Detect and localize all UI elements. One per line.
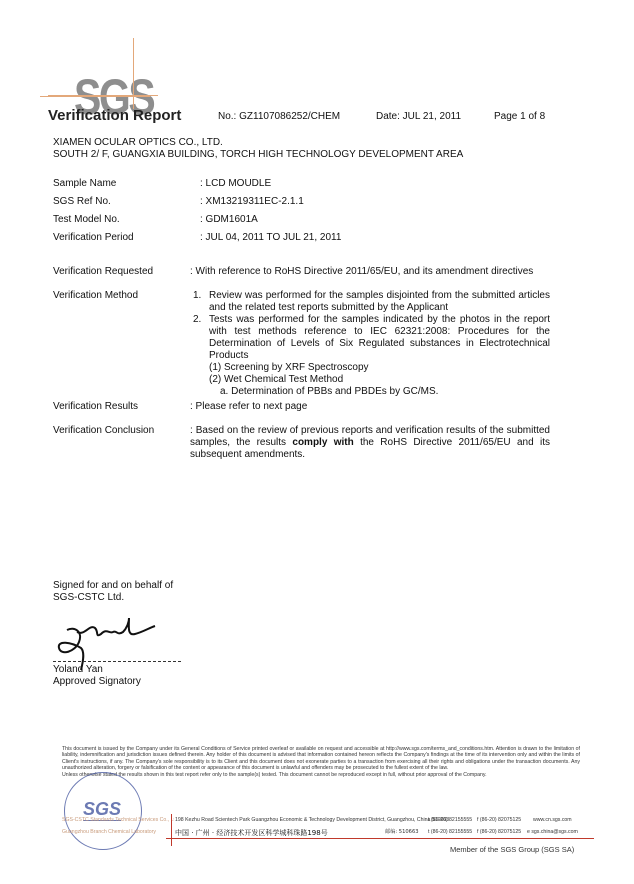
client-address: SOUTH 2/ F, GUANGXIA BUILDING, TORCH HIG… — [53, 149, 463, 161]
footer-phone2: t (86-20) 82155555 — [428, 829, 472, 835]
method-text: Review was performed for the samples dis… — [209, 290, 550, 314]
method-sub: (1) Screening by XRF Spectroscopy — [193, 362, 550, 374]
footer-email[interactable]: e sgs.china@sgs.com — [527, 829, 578, 835]
signatory-name: Yoland Yan — [53, 664, 103, 676]
method-list: 1. Review was performed for the samples … — [193, 290, 550, 398]
footer-red-line — [166, 838, 594, 839]
field-value: : JUL 04, 2011 TO JUL 21, 2011 — [200, 232, 341, 243]
method-sub: (2) Wet Chemical Test Method — [193, 374, 550, 386]
report-number: No.: GZ1107086252/CHEM — [218, 111, 340, 123]
conclusion-label: Verification Conclusion — [53, 425, 154, 436]
field-value: : LCD MOUDLE — [200, 178, 271, 189]
footer-divider — [171, 814, 172, 846]
signature-line — [53, 661, 181, 662]
requested-value: : With reference to RoHS Directive 2011/… — [190, 266, 533, 277]
disclaimer-text: This document is issued by the Company u… — [62, 746, 580, 771]
client-name: XIAMEN OCULAR OPTICS CO., LTD. — [53, 137, 223, 149]
page-indicator: Page 1 of 8 — [494, 111, 545, 123]
footer-fax2: f (86-20) 82075125 — [477, 829, 521, 835]
field-label: Verification Period — [53, 232, 134, 243]
conclusion-bold: comply with — [292, 437, 353, 448]
results-label: Verification Results — [53, 401, 138, 412]
method-subsub: a. Determination of PBBs and PBDEs by GC… — [193, 386, 550, 398]
sgs-stamp: SGS — [64, 772, 142, 850]
field-label: Test Model No. — [53, 214, 120, 225]
conclusion-text: : Based on the review of previous report… — [190, 425, 550, 461]
footer-postcode-cn: 邮编: 510663 — [385, 829, 419, 835]
signing-company: SGS-CSTC Ltd. — [53, 592, 124, 604]
field-label: Sample Name — [53, 178, 116, 189]
field-value: : XM13219311EC-2.1.1 — [200, 196, 304, 207]
signature-scribble — [55, 612, 165, 672]
report-title: Verification Report — [48, 107, 181, 124]
field-label: SGS Ref No. — [53, 196, 111, 207]
footer-web[interactable]: www.cn.sgs.com — [533, 817, 572, 823]
method-num: 2. — [193, 314, 209, 362]
footer-address-cn: 中国 · 广州 · 经济技术开发区科学城科珠路198号 — [175, 828, 328, 838]
report-date: Date: JUL 21, 2011 — [376, 111, 461, 123]
method-item: 1. Review was performed for the samples … — [193, 290, 550, 314]
method-label: Verification Method — [53, 290, 138, 301]
method-item: 2. Tests was performed for the samples i… — [193, 314, 550, 362]
footer-address-en: 198 Kezhu Road Scientech Park Guangzhou … — [175, 817, 449, 823]
method-text: Tests was performed for the samples indi… — [209, 314, 550, 362]
field-value: : GDM1601A — [200, 214, 258, 225]
signatory-title: Approved Signatory — [53, 676, 141, 688]
footer-company-en: SGS-CSTC Standards Technical Services Co… — [62, 817, 174, 823]
disclaimer: This document is issued by the Company u… — [62, 746, 580, 778]
footer-fax1: f (86-20) 82075125 — [477, 817, 521, 823]
results-value: : Please refer to next page — [190, 401, 307, 412]
requested-label: Verification Requested — [53, 266, 153, 277]
signed-for: Signed for and on behalf of — [53, 580, 173, 592]
footer-member: Member of the SGS Group (SGS SA) — [450, 845, 574, 854]
disclaimer-last: Unless otherwise stated the results show… — [62, 772, 487, 778]
logo-vline — [133, 38, 134, 106]
footer-company-lab: Guangzhou Branch Chemical Laboratory — [62, 829, 174, 835]
method-num: 1. — [193, 290, 209, 314]
footer-phone1: t (86-20) 82155555 — [428, 817, 472, 823]
